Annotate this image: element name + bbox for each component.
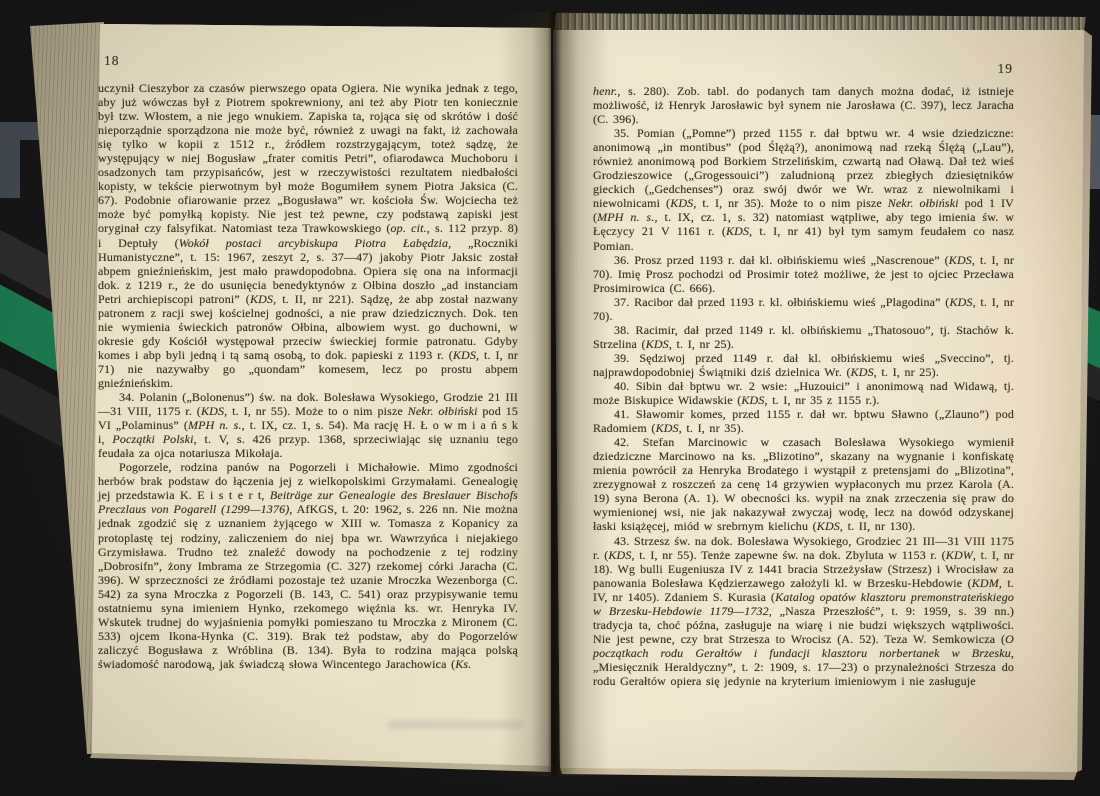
right-page-text: henr., s. 280). Zob. tabl. do podanych t…	[593, 84, 1014, 688]
left-page-text: uczynił Cieszybor za czasów pierwszego o…	[98, 81, 518, 671]
book-photo-scene: 18 uczynił Cieszybor za czasów pierwszeg…	[0, 0, 1100, 796]
show-through-smudge	[388, 720, 523, 729]
page-number-right: 19	[593, 61, 1013, 77]
page-number-left: 18	[104, 53, 120, 69]
open-book: 18 uczynił Cieszybor za czasów pierwszeg…	[0, 0, 1100, 796]
